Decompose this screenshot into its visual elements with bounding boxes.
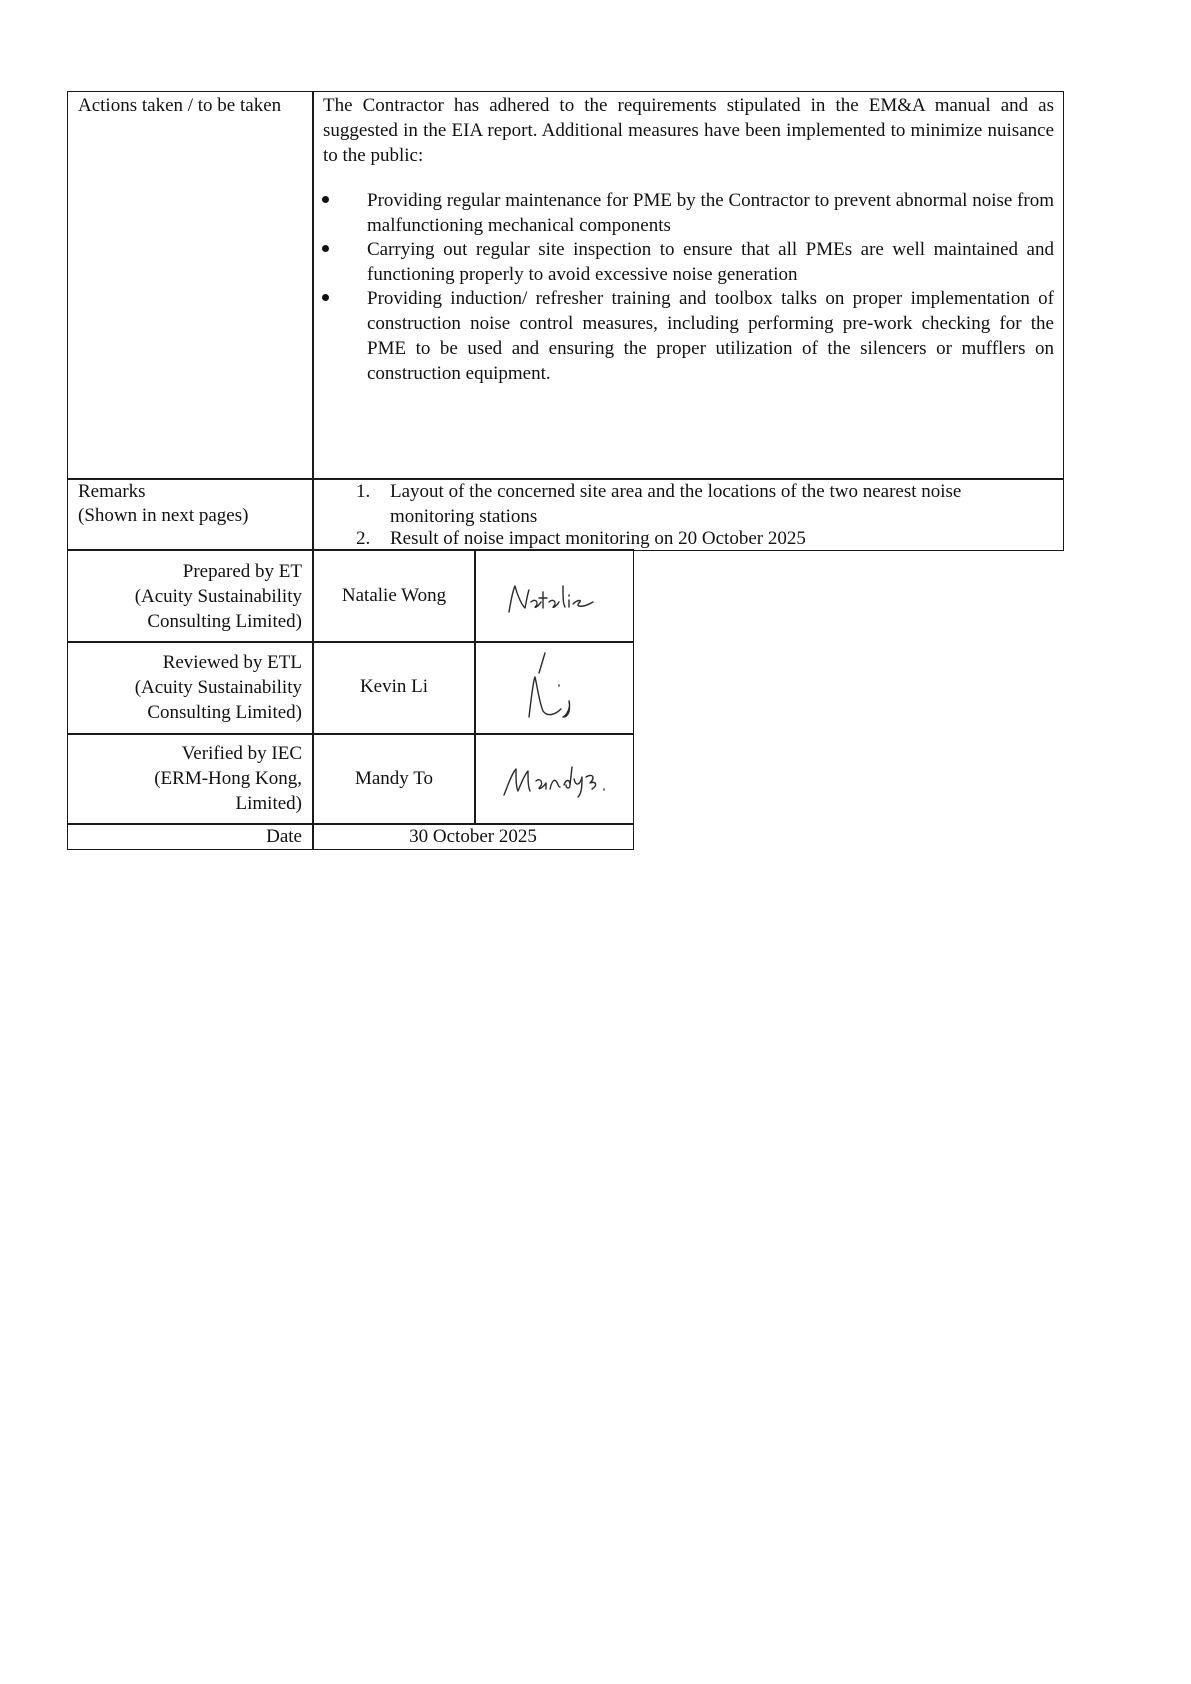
signoff-role-prepared: Prepared by ET (Acuity Sustainability Co… [70, 559, 302, 634]
bullet-icon [322, 294, 329, 301]
remarks-label-line1: Remarks [78, 479, 146, 504]
remarks-item-2: Result of noise impact monitoring on 20 … [390, 526, 1030, 551]
signoff-name-prepared: Natalie Wong [312, 583, 476, 608]
signoff-role-reviewed: Reviewed by ETL (Acuity Sustainability C… [70, 650, 302, 725]
bullet-icon [322, 196, 329, 203]
remarks-item-number: 2. [356, 526, 370, 551]
signature-kevin [515, 651, 595, 727]
actions-label-cell [67, 91, 314, 480]
signoff-name-verified: Mandy To [312, 766, 476, 791]
signature-mandy [500, 761, 620, 801]
bullet-icon [322, 245, 329, 252]
actions-bullet-1: Providing regular maintenance for PME by… [367, 188, 1054, 238]
date-label: Date [70, 824, 302, 849]
actions-bullet-3: Providing induction/ refresher training … [367, 286, 1054, 386]
signoff-name-reviewed: Kevin Li [312, 674, 476, 699]
signature-natalie [505, 580, 625, 620]
remarks-label-line2: (Shown in next pages) [78, 503, 248, 528]
remarks-item-1: Layout of the concerned site area and th… [390, 479, 1030, 529]
actions-bullet-2: Carrying out regular site inspection to … [367, 237, 1054, 287]
date-value: 30 October 2025 [312, 824, 634, 849]
signoff-role-verified: Verified by IEC (ERM-Hong Kong, Limited) [70, 741, 302, 816]
actions-intro: The Contractor has adhered to the requir… [323, 93, 1054, 168]
remarks-item-number: 1. [356, 479, 370, 504]
actions-label: Actions taken / to be taken [78, 93, 308, 118]
